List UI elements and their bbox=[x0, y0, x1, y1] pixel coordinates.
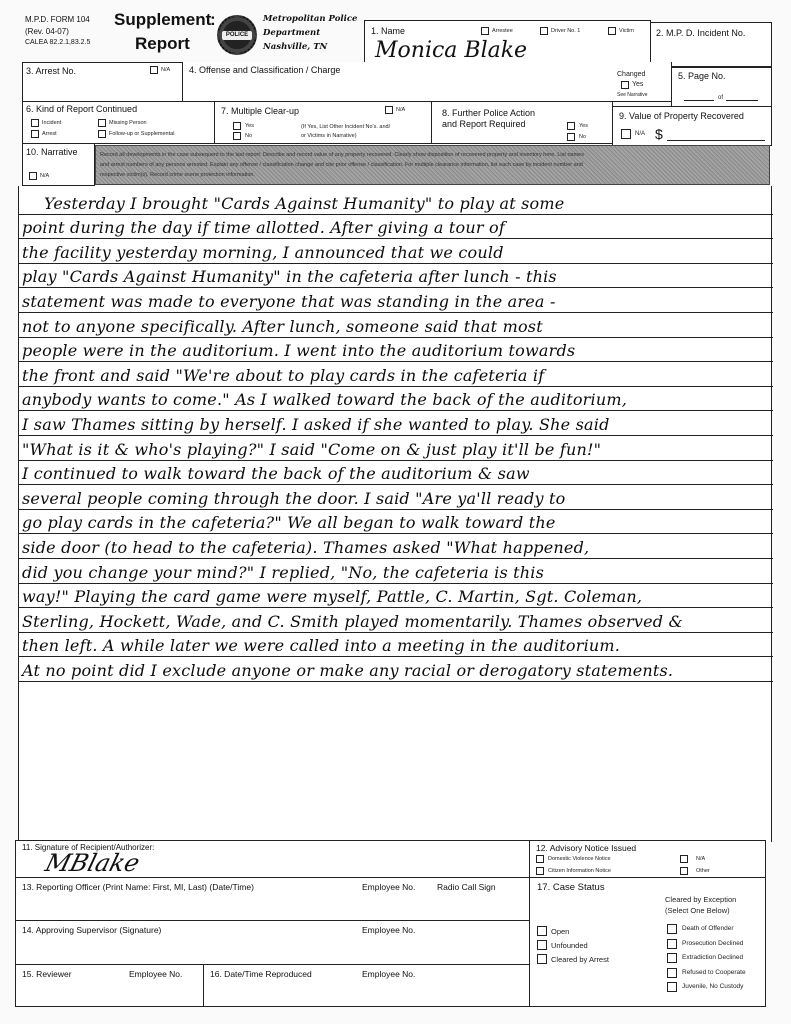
narrative-line: way!" Playing the card game were myself,… bbox=[18, 584, 773, 609]
form-revision: (Rev. 04-07) bbox=[25, 27, 69, 36]
case-status-checkbox[interactable] bbox=[537, 926, 547, 936]
narrative-line-text: I continued to walk toward the back of t… bbox=[22, 464, 530, 483]
narrative-line-text: "What is it & who's playing?" I said "Co… bbox=[22, 440, 601, 459]
case-status-checkbox[interactable] bbox=[537, 954, 547, 964]
signature-field[interactable]: 11. Signature of Recipient/Authorizer: M… bbox=[15, 840, 530, 878]
clearup-na-checkbox[interactable] bbox=[385, 106, 393, 114]
narrative-line-text: people were in the auditorium. I went in… bbox=[22, 341, 575, 360]
narrative-line: point during the day if time allotted. A… bbox=[18, 215, 773, 240]
missing-person-checkbox[interactable] bbox=[98, 119, 106, 127]
page-total-input[interactable] bbox=[726, 100, 758, 101]
narrative-label-box: 10. Narrative N/A bbox=[22, 143, 95, 186]
narrative-line-text: play "Cards Against Humanity" in the caf… bbox=[22, 267, 557, 286]
narrative-line: go play cards in the cafeteria?" We all … bbox=[18, 510, 773, 535]
dept-location: Nashville, TN bbox=[263, 42, 327, 52]
driver-checkbox[interactable] bbox=[540, 27, 548, 35]
date-reproduced-field[interactable]: 16. Date/Time Reproduced Employee No. bbox=[203, 964, 530, 1007]
property-value-field[interactable]: 9. Value of Property Recovered N/A $ bbox=[612, 106, 772, 146]
narrative-line-text: several people coming through the door. … bbox=[22, 489, 565, 508]
narrative-line-text: did you change your mind?" I replied, "N… bbox=[22, 563, 544, 582]
narrative-line-text: At no point did I exclude anyone or make… bbox=[22, 661, 673, 680]
narrative-line-text: then left. A while later we were called … bbox=[22, 636, 620, 655]
multiple-clearup-field: 7. Multiple Clear-up N/A Yes No (If Yes,… bbox=[214, 101, 432, 144]
name-value: Monica Blake bbox=[375, 38, 527, 63]
incident-number-field[interactable]: 2. M.P. D. Incident No. bbox=[650, 22, 772, 67]
narrative-line-text: way!" Playing the card game were myself,… bbox=[22, 587, 642, 606]
narrative-line: did you change your mind?" I replied, "N… bbox=[18, 559, 773, 584]
clearup-no-checkbox[interactable] bbox=[233, 132, 241, 140]
offense-field[interactable]: 4. Offense and Classification / Charge C… bbox=[182, 62, 672, 102]
narrative-line: people were in the auditorium. I went in… bbox=[18, 338, 773, 363]
narrative-line: side door (to head to the cafeteria). Th… bbox=[18, 534, 773, 559]
dept-name: Metropolitan Police bbox=[263, 14, 357, 24]
narrative-line-text: Yesterday I brought "Cards Against Human… bbox=[44, 194, 564, 213]
reviewer-field[interactable]: 15. Reviewer Employee No. bbox=[15, 964, 204, 1007]
narrative-line: Yesterday I brought "Cards Against Human… bbox=[18, 190, 773, 215]
arrest-na-checkbox[interactable] bbox=[150, 66, 158, 74]
narrative-na-checkbox[interactable] bbox=[29, 172, 37, 180]
police-seal-icon: POLICE bbox=[217, 15, 257, 55]
narrative-line: the facility yesterday morning, I announ… bbox=[18, 239, 773, 264]
narrative-line-text: I saw Thames sitting by herself. I asked… bbox=[22, 415, 610, 434]
incident-checkbox[interactable] bbox=[31, 119, 39, 127]
narrative-instructions: Record all developments in the case subs… bbox=[95, 145, 770, 185]
exception-checkbox[interactable] bbox=[667, 982, 677, 992]
property-na-checkbox[interactable] bbox=[621, 129, 631, 139]
narrative-line-text: go play cards in the cafeteria?" We all … bbox=[22, 513, 556, 532]
case-status-field: 17. Case Status Cleared by Exception (Se… bbox=[529, 877, 766, 1007]
narrative-line: statement was made to everyone that was … bbox=[18, 288, 773, 313]
arrest-number-field[interactable]: 3. Arrest No. N/A bbox=[22, 62, 183, 102]
narrative-line: "What is it & who's playing?" I said "Co… bbox=[18, 436, 773, 461]
arrest-checkbox[interactable] bbox=[31, 130, 39, 138]
approving-supervisor-field[interactable]: 14. Approving Supervisor (Signature) Emp… bbox=[15, 920, 530, 965]
form-title: Supplement bbox=[114, 10, 211, 30]
property-value-input[interactable] bbox=[667, 140, 765, 141]
further-action-field: 8. Further Police Action and Report Requ… bbox=[431, 101, 613, 144]
arrestee-checkbox[interactable] bbox=[481, 27, 489, 35]
narrative-line-text: the front and said "We're about to play … bbox=[22, 366, 544, 385]
narrative-line-text: side door (to head to the cafeteria). Th… bbox=[22, 538, 589, 557]
narrative-line: play "Cards Against Humanity" in the caf… bbox=[18, 264, 773, 289]
narrative-line: the front and said "We're about to play … bbox=[18, 362, 773, 387]
advisory-na-checkbox[interactable] bbox=[680, 855, 688, 863]
further-action-yes-checkbox[interactable] bbox=[567, 122, 575, 130]
clearup-yes-checkbox[interactable] bbox=[233, 122, 241, 130]
exception-checkbox[interactable] bbox=[667, 939, 677, 949]
follow-up-checkbox[interactable] bbox=[98, 130, 106, 138]
form-number: M.P.D. FORM 104 bbox=[25, 15, 90, 24]
narrative-line: I saw Thames sitting by herself. I asked… bbox=[18, 411, 773, 436]
advisory-notice-field: 12. Advisory Notice Issued Domestic Viol… bbox=[529, 840, 766, 878]
narrative-line-text: statement was made to everyone that was … bbox=[22, 292, 556, 311]
narrative-line: not to anyone specifically. After lunch,… bbox=[18, 313, 773, 338]
case-status-checkbox[interactable] bbox=[537, 940, 547, 950]
narrative-line: Sterling, Hockett, Wade, and C. Smith pl… bbox=[18, 608, 773, 633]
exception-checkbox[interactable] bbox=[667, 968, 677, 978]
page-number-field[interactable]: 5. Page No. of bbox=[671, 67, 772, 107]
exception-checkbox[interactable] bbox=[667, 924, 677, 934]
kind-of-report-field: 6. Kind of Report Continued Incident Arr… bbox=[22, 101, 215, 144]
narrative-line-text: Sterling, Hockett, Wade, and C. Smith pl… bbox=[22, 612, 683, 631]
narrative-line: At no point did I exclude anyone or make… bbox=[18, 657, 773, 682]
advisory-other-checkbox[interactable] bbox=[680, 867, 688, 875]
narrative-line: anybody wants to come." As I walked towa… bbox=[18, 387, 773, 412]
narrative-line: then left. A while later we were called … bbox=[18, 633, 773, 658]
victim-checkbox[interactable] bbox=[608, 27, 616, 35]
offense-changed-checkbox[interactable] bbox=[621, 81, 629, 89]
signature-value: MBlake bbox=[42, 849, 142, 877]
form-subtitle: Report bbox=[135, 34, 190, 54]
narrative-line: I continued to walk toward the back of t… bbox=[18, 461, 773, 486]
page-number-input[interactable] bbox=[684, 100, 714, 101]
narrative-line-text: point during the day if time allotted. A… bbox=[22, 218, 505, 237]
name-field[interactable]: 1. Name Arrestee Driver No. 1 Victim Mon… bbox=[364, 20, 651, 65]
narrative-line-text: the facility yesterday morning, I announ… bbox=[22, 243, 504, 262]
domestic-violence-checkbox[interactable] bbox=[536, 855, 544, 863]
reporting-officer-field[interactable]: 13. Reporting Officer (Print Name: First… bbox=[15, 877, 530, 921]
exception-checkbox[interactable] bbox=[667, 953, 677, 963]
narrative-line: several people coming through the door. … bbox=[18, 485, 773, 510]
further-action-no-checkbox[interactable] bbox=[567, 133, 575, 141]
narrative-line-text: anybody wants to come." As I walked towa… bbox=[22, 390, 627, 409]
form-calea: CALEA 82.2.1,83.2.5 bbox=[25, 39, 90, 46]
narrative-line-text: not to anyone specifically. After lunch,… bbox=[22, 317, 543, 336]
citizen-info-checkbox[interactable] bbox=[536, 867, 544, 875]
